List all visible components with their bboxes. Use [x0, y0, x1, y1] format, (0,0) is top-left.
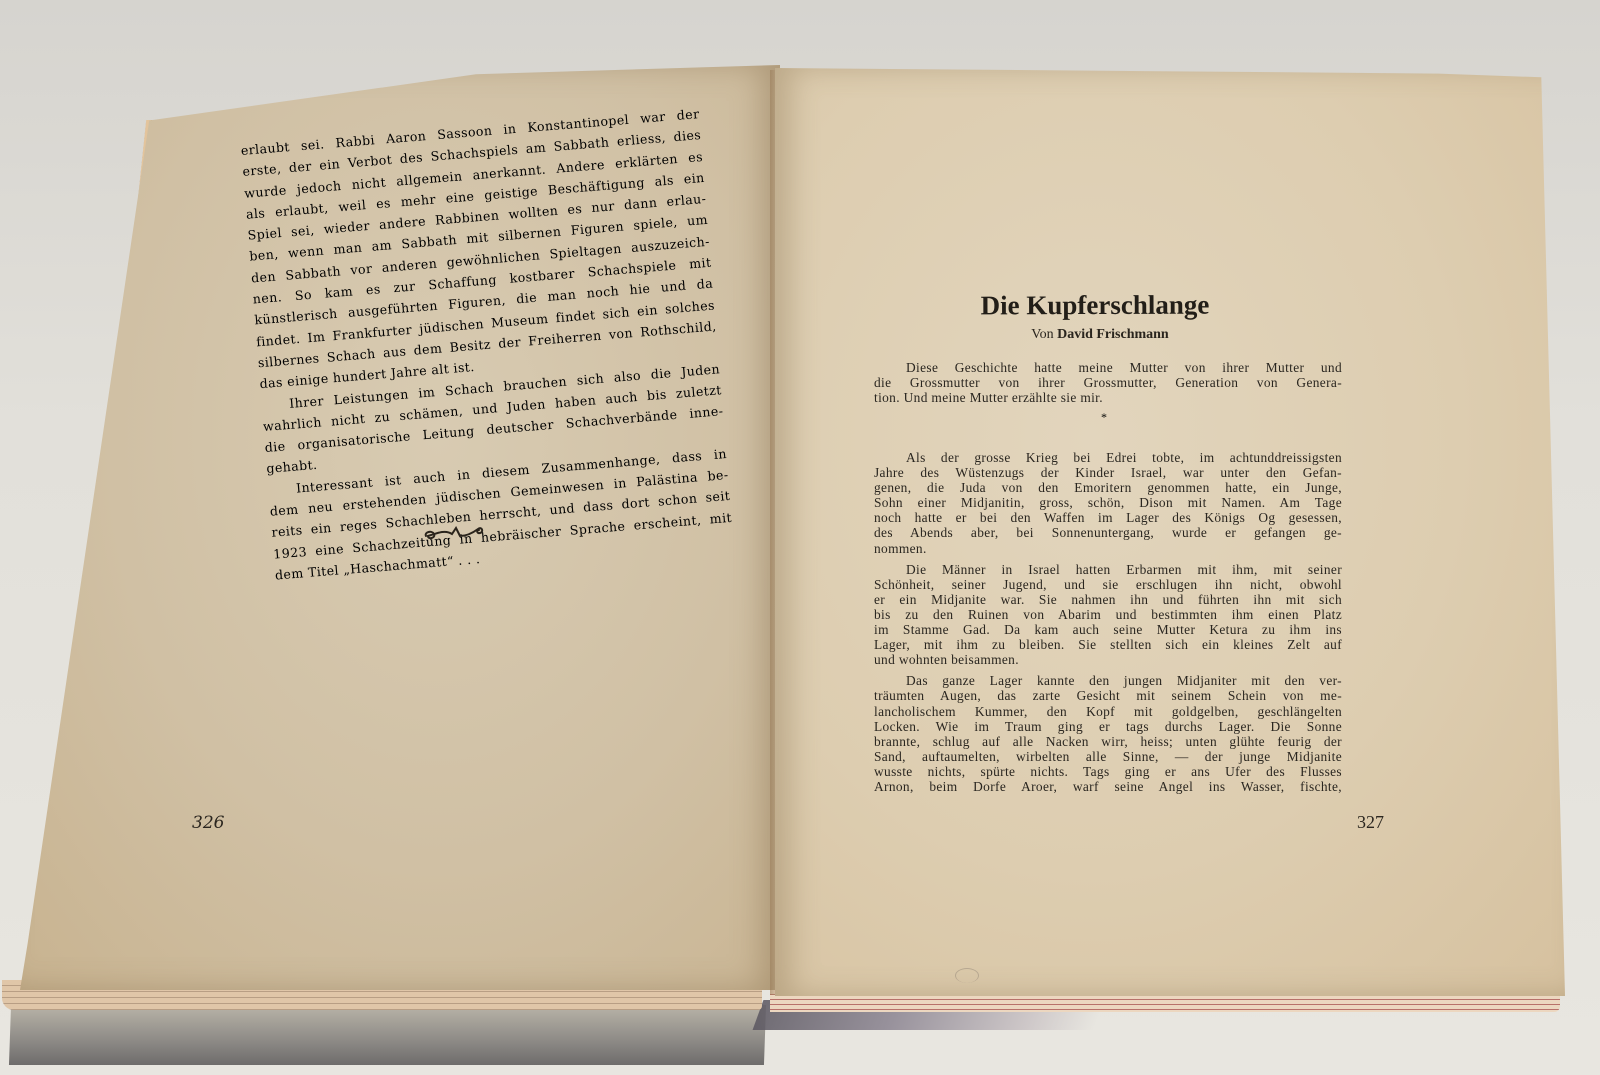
paragraph: Die Männer in Israel hatten Erbarmen mit… [874, 562, 1342, 668]
text-line: Lager, mit ihm zu bleiben. Sie stellten … [874, 637, 1342, 652]
text-line: noch hatte er bei den Waffen im Lager de… [874, 510, 1342, 525]
intro-paragraph: Diese Geschichte hatte meine Mutter von … [874, 360, 1342, 405]
text-line: nommen. [874, 541, 1342, 556]
text-line: träumten Augen, das zarte Gesicht mit se… [874, 688, 1342, 703]
chapter-title: Die Kupferschlange [930, 289, 1260, 321]
section-separator: * [1101, 410, 1107, 425]
text-line: Schönheit, seiner Jugend, und sie erschl… [874, 577, 1342, 592]
text-line: tion. Und meine Mutter erzählte sie mir. [874, 390, 1342, 405]
text-line: Jahre des Wüstenzugs der Kinder Israel, … [874, 465, 1342, 480]
text-line: Die Männer in Israel hatten Erbarmen mit… [874, 562, 1342, 577]
left-page-text: erlaubt sei. Rabbi Aaron Sassoon in Kons… [240, 103, 734, 586]
text-line: brannte, schlug auf alle Nacken wirr, he… [874, 734, 1342, 749]
text-line: er ein Midjanite war. Sie nahmen ihn und… [874, 592, 1342, 607]
text-line: Arnon, beim Dorfe Aroer, warf seine Ange… [874, 779, 1342, 794]
swash-ornament-icon [420, 520, 486, 546]
story-text: Als der grosse Krieg bei Edrei tobte, im… [874, 450, 1342, 800]
text-line: des Abends aber, bei Sonnenuntergang, wu… [874, 525, 1342, 540]
text-line: bis zu den Ruinen von Abarim und bestimm… [874, 607, 1342, 622]
paragraph: Das ganze Lager kannte den jungen Midjan… [874, 673, 1342, 794]
paper-stain [955, 968, 979, 983]
byline-author: David Frischmann [1057, 327, 1169, 342]
paragraph: Als der grosse Krieg bei Edrei tobte, im… [874, 450, 1342, 556]
text-line: Locken. Wie im Traum ging er tags durchs… [874, 719, 1342, 734]
page-number-right: 327 [1357, 812, 1384, 833]
chapter-byline: Von David Frischmann [1000, 327, 1200, 343]
text-line: genen, die Juda von den Emoritern genomm… [874, 480, 1342, 495]
text-line: Sand, auftaumelten, wirbelten alle Sinne… [874, 749, 1342, 764]
text-line: Als der grosse Krieg bei Edrei tobte, im… [874, 450, 1342, 465]
page-number-left: 326 [192, 813, 224, 833]
text-line: Sohn einer Midjanitin, gross, schön, Dis… [874, 495, 1342, 510]
book-cover-left [9, 1005, 766, 1065]
text-line: wusste nichts, spürte nichts. Tags ging … [874, 764, 1342, 779]
text-line: und wohnten beisammen. [874, 652, 1342, 667]
text-line: Diese Geschichte hatte meine Mutter von … [874, 360, 1342, 375]
text-line: Das ganze Lager kannte den jungen Midjan… [874, 673, 1342, 688]
text-line: die Grossmutter von ihrer Grossmutter, G… [874, 375, 1342, 390]
byline-prefix: Von [1031, 327, 1053, 342]
text-line: lancholischem Kummer, den Kopf mit goldg… [874, 704, 1342, 719]
text-line: im Stamme Gad. Da kam auch seine Mutter … [874, 622, 1342, 637]
